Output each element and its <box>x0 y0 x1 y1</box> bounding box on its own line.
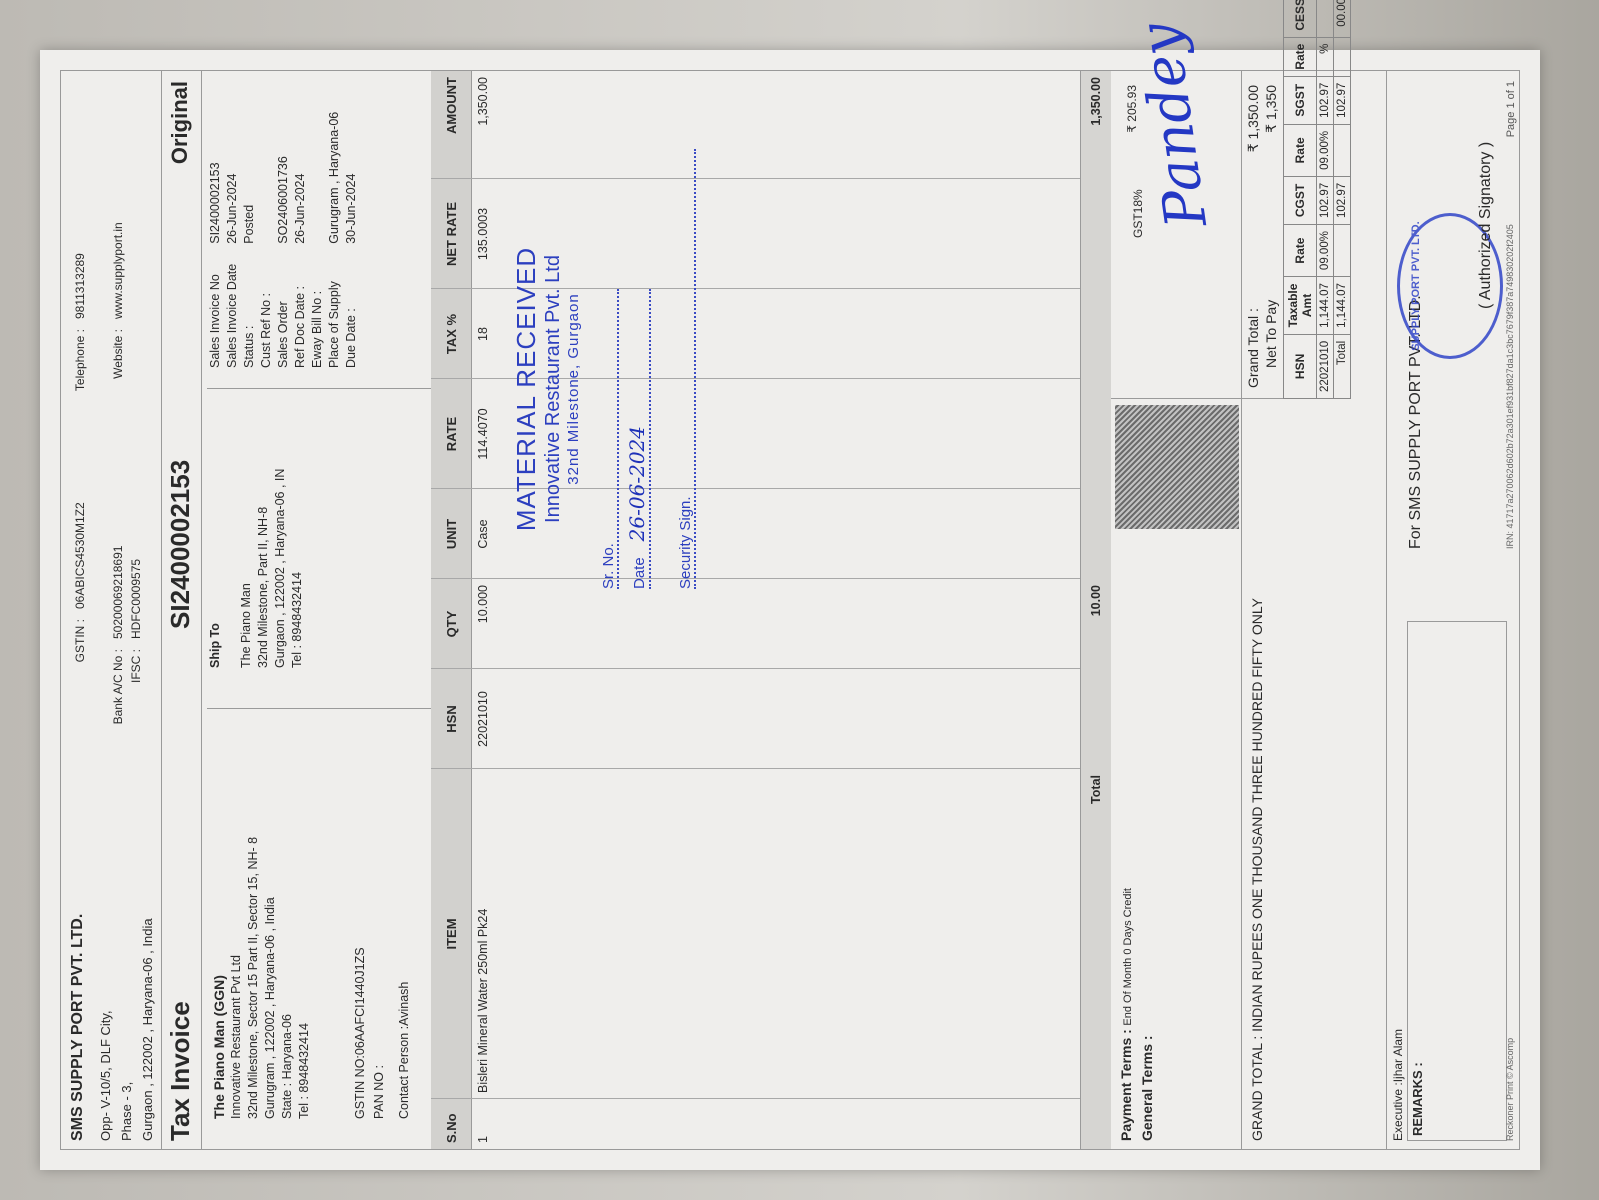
gst-label: GST18% <box>1131 189 1145 238</box>
bill-to-line: Gurugram , 122002 , Haryana-06 , India <box>262 759 279 1119</box>
qr-code <box>1115 405 1239 529</box>
gst-header: CESS <box>1284 0 1317 37</box>
invoice-sheet: SMS SUPPLY PORT PVT. LTD. Opp- V-10/5, D… <box>40 50 1540 1170</box>
supplier-bank: Bank A/C No :50200069218691 IFSC :HDFC00… <box>109 546 145 729</box>
material-received-stamp: MATERIAL RECEIVED Innovative Restaurant … <box>511 189 696 589</box>
meta-label: Cust Ref No : <box>258 244 275 368</box>
cell-unit: Case <box>476 489 490 579</box>
terms-section: Payment Terms : End Of Month 0 Days Cred… <box>1111 71 1242 1149</box>
cell-hsn: 22021010 <box>476 669 490 769</box>
bill-to-name: The Piano Man (GGN) <box>211 759 228 1119</box>
items-total-row: Total 10.00 1,350.00 <box>1080 71 1111 1149</box>
stamp-company: Innovative Restaurant Pvt. Ltd <box>542 189 565 589</box>
ship-to-line: 32nd Milestone, Part II, NH-8 <box>255 368 272 668</box>
grand-total-section: GRAND TOTAL : INDIAN RUPEES ONE THOUSAND… <box>1241 71 1386 1149</box>
meta-value: SO2406001736 <box>275 92 292 244</box>
bill-to-line: 32nd Milestone, Sector 15 Part II, Secto… <box>245 759 262 1119</box>
copy-label: Original <box>167 81 193 164</box>
stamp-security-sign: Security Sign. <box>677 149 696 589</box>
doc-type: Tax Invoice <box>165 1001 196 1141</box>
gst-cell: 1,144.07 <box>1317 277 1334 335</box>
meta-row: Cust Ref No : <box>258 92 275 368</box>
general-terms-label: General Terms : <box>1139 1035 1155 1141</box>
gst-cell: 1,144.07 <box>1334 277 1351 335</box>
meta-value: Posted <box>241 92 258 244</box>
stamp-title: MATERIAL RECEIVED <box>511 189 542 589</box>
supplier-header: SMS SUPPLY PORT PVT. LTD. Opp- V-10/5, D… <box>61 71 162 1149</box>
grand-total-label: Grand Total : <box>1245 308 1261 388</box>
stamp-sr-label: Sr. No. <box>600 543 617 589</box>
gst-row: 220210101,144.0709.00%102.9709.00%102.97… <box>1317 0 1334 399</box>
total-amount: 1,350.00 <box>1089 71 1103 179</box>
gst-cell <box>1334 225 1351 277</box>
divider <box>431 668 1111 669</box>
website-label: Website : <box>109 329 127 409</box>
meta-row: Sales OrderSO2406001736 <box>275 92 292 368</box>
stamp-address: 32nd Milestone, Gurgaon <box>565 189 582 589</box>
header-hsn: HSN <box>444 669 459 769</box>
gst-cell <box>1317 0 1334 37</box>
footer-section: Executive :Ijhar Alam REMARKS : For SMS … <box>1386 71 1519 1149</box>
meta-label: Sales Order <box>275 244 292 368</box>
meta-row: Status :Posted <box>241 92 258 368</box>
meta-value: 26-Jun-2024 <box>292 92 309 244</box>
bill-to-line: State : Haryana-06 <box>279 759 296 1119</box>
gst-cell: 102.97 <box>1317 176 1334 224</box>
company-stamp-text: SUPPLY PORT PVT. LTD. <box>1408 216 1424 356</box>
ship-to: Ship To The Piano Man 32nd Milestone, Pa… <box>207 368 431 709</box>
cell-tax: 18 <box>476 289 490 379</box>
contact-person: Contact Person :Avinash <box>395 947 414 1119</box>
gst-header: CGST <box>1284 176 1317 224</box>
gst-row: Total1,144.07102.97102.9700.00205.93 <box>1334 0 1351 399</box>
telephone-label: Telephone : <box>71 329 89 409</box>
ship-to-line: Tel : 8948432414 <box>289 368 306 668</box>
bank-value: 50200069218691 <box>111 546 125 639</box>
payment-terms-label: Payment Terms : <box>1118 1029 1134 1141</box>
cell-item: Bisleri Mineral Water 250ml Pk24 <box>476 769 490 1099</box>
meta-value <box>258 92 275 244</box>
meta-row: Eway Bill No : <box>309 92 326 368</box>
header-qty: QTY <box>444 579 459 669</box>
meta-label: Sales Invoice Date <box>224 244 241 368</box>
meta-label: Due Date : <box>343 244 360 368</box>
gst-breakup: GST18% ₹ 205.93 Pandey <box>1111 71 1241 399</box>
cell-net-rate: 135.0003 <box>476 179 490 289</box>
gst-cell: 102.97 <box>1334 176 1351 224</box>
authorized-signatory: ( Authorized Signatory ) <box>1477 142 1495 309</box>
gst-header: Taxable Amt <box>1284 277 1317 335</box>
meta-label: Sales Invoice No <box>207 244 224 368</box>
net-to-pay-value: ₹ 1,350 <box>1263 85 1280 133</box>
table-row: 1 Bisleri Mineral Water 250ml Pk24 22021… <box>471 71 495 1149</box>
gst-header: Rate <box>1284 124 1317 176</box>
bill-to-gstin: GSTIN NO:06AAFCI1440J1ZS <box>351 947 370 1119</box>
meta-value: 26-Jun-2024 <box>224 92 241 244</box>
address-line: Gurgaon , 122002 , Haryana-06 , India <box>137 918 158 1141</box>
grand-total-value: ₹ 1,350.00 <box>1245 85 1262 152</box>
stamp-date-value: 26-06-2024 <box>625 426 649 541</box>
items-table: S.No ITEM HSN QTY UNIT RATE TAX % NET RA… <box>431 71 1111 1149</box>
remarks-box: REMARKS : <box>1407 621 1507 1141</box>
payment-terms-value: End Of Month 0 Days Credit <box>1122 888 1134 1026</box>
meta-row: Sales Invoice NoSI2400002153 <box>207 92 224 368</box>
telephone-value: 9811313289 <box>73 253 87 319</box>
supplier-address: Opp- V-10/5, DLF City, Phase - 3, Gurgao… <box>95 918 158 1141</box>
website-value: www.supplyport.in <box>111 222 125 319</box>
executive: Executive :Ijhar Alam <box>1391 1029 1405 1141</box>
ship-to-line: The Piano Man <box>238 368 255 668</box>
meta-row: Ref Doc Date :26-Jun-2024 <box>292 92 309 368</box>
meta-value: SI2400002153 <box>207 92 224 244</box>
gst-cell: 102.97 <box>1317 76 1334 124</box>
bill-to-line: Tel : 8948432414 <box>296 759 313 1119</box>
bill-to-pan: PAN NO : <box>370 947 389 1119</box>
header-unit: UNIT <box>444 489 459 579</box>
supplier-telephone: Telephone :9811313289 <box>71 253 89 409</box>
gst-cell <box>1334 124 1351 176</box>
gst-cell: 09.00% <box>1317 124 1334 176</box>
invoice-frame: SMS SUPPLY PORT PVT. LTD. Opp- V-10/5, D… <box>60 70 1520 1150</box>
meta-row: Sales Invoice Date26-Jun-2024 <box>224 92 241 368</box>
meta-label: Place of Supply <box>326 244 343 368</box>
header-net-rate: NET RATE <box>444 179 459 289</box>
divider <box>431 768 1111 769</box>
gst-cell <box>1334 37 1351 76</box>
address-line: Phase - 3, <box>116 918 137 1141</box>
irn: IRN: 41717a270062d602b72a301ef931bf827da… <box>1505 224 1515 549</box>
ship-to-label: Ship To <box>207 368 224 668</box>
supplier-website: Website :www.supplyport.in <box>109 222 127 409</box>
header-rate: RATE <box>444 379 459 489</box>
items-header: S.No ITEM HSN QTY UNIT RATE TAX % NET RA… <box>431 71 472 1149</box>
party-section: The Piano Man (GGN) Innovative Restauran… <box>201 71 432 1149</box>
bill-to: The Piano Man (GGN) Innovative Restauran… <box>211 759 313 1119</box>
header-sno: S.No <box>444 1099 459 1149</box>
ship-to-line: Gurgaon , 122002 , Haryana-06 , IN <box>272 368 289 668</box>
cell-rate: 114.4070 <box>476 379 490 489</box>
gst-header: Rate <box>1284 37 1317 76</box>
supplier-gstin: GSTIN :06ABICS4530M1Z2 <box>71 502 89 699</box>
supplier-name: SMS SUPPLY PORT PVT. LTD. <box>69 914 87 1141</box>
gst-cell: 102.97 <box>1334 76 1351 124</box>
invoice-meta: Sales Invoice NoSI2400002153Sales Invoic… <box>207 48 431 389</box>
invoice-meta-table: Sales Invoice NoSI2400002153Sales Invoic… <box>207 92 360 368</box>
gst-header: SGST <box>1284 76 1317 124</box>
gst-header: HSN <box>1284 334 1317 398</box>
ifsc-label: IFSC : <box>127 649 145 729</box>
header-tax: TAX % <box>444 289 459 379</box>
gst-cell: 00.00 <box>1334 0 1351 37</box>
gst-cell: Total <box>1334 334 1351 398</box>
invoice-number: SI2400002153 <box>165 460 196 629</box>
total-qty: 10.00 <box>1089 579 1103 669</box>
cell-amount: 1,350.00 <box>476 71 490 179</box>
grand-total-words: GRAND TOTAL : INDIAN RUPEES ONE THOUSAND… <box>1249 598 1265 1141</box>
bank-label: Bank A/C No : <box>109 649 127 729</box>
net-to-pay-label: Net To Pay <box>1263 300 1279 368</box>
grand-total-box: Grand Total : ₹ 1,350.00 Net To Pay ₹ 1,… <box>1241 71 1283 399</box>
page-number: Page 1 of 1 <box>1505 81 1517 137</box>
cell-qty: 10.000 <box>476 579 490 669</box>
meta-label: Eway Bill No : <box>309 244 326 368</box>
meta-value: 30-Jun-2024 <box>343 92 360 244</box>
meta-label: Ref Doc Date : <box>292 244 309 368</box>
bill-to-line: Innovative Restaurant Pvt Ltd <box>228 759 245 1119</box>
cell-sno: 1 <box>476 1099 490 1149</box>
stamp-date-label: Date <box>631 557 648 589</box>
meta-row: Due Date :30-Jun-2024 <box>343 92 360 368</box>
title-row: Tax Invoice SI2400002153 Original <box>161 71 202 1149</box>
meta-value: Gurugram , Haryana-06 <box>326 92 343 244</box>
total-label: Total <box>1089 769 1103 1099</box>
gst-cell: 09.00% <box>1317 225 1334 277</box>
divider <box>431 1098 1111 1099</box>
divider <box>431 178 1111 179</box>
meta-label: Status : <box>241 244 258 368</box>
gst-cell: % <box>1317 37 1334 76</box>
gst-cell: 22021010 <box>1317 334 1334 398</box>
ifsc-value: HDFC0009575 <box>129 559 143 639</box>
gst-summary-table: HSNTaxable AmtRateCGSTRateSGSTRateCESSTo… <box>1283 0 1351 399</box>
header-item: ITEM <box>444 769 459 1099</box>
gst-header: Rate <box>1284 225 1317 277</box>
gstin-label: GSTIN : <box>71 619 89 699</box>
print-note: Reckoner Print © Ascomp <box>1505 1038 1515 1141</box>
meta-value <box>309 92 326 244</box>
meta-row: Place of SupplyGurugram , Haryana-06 <box>326 92 343 368</box>
payment-terms: Payment Terms : End Of Month 0 Days Cred… <box>1117 888 1157 1141</box>
header-amount: AMOUNT <box>444 71 459 179</box>
bill-to-tax-ids: GSTIN NO:06AAFCI1440J1ZS PAN NO : Contac… <box>351 947 414 1119</box>
address-line: Opp- V-10/5, DLF City, <box>95 918 116 1141</box>
gstin-value: 06ABICS4530M1Z2 <box>73 502 87 609</box>
